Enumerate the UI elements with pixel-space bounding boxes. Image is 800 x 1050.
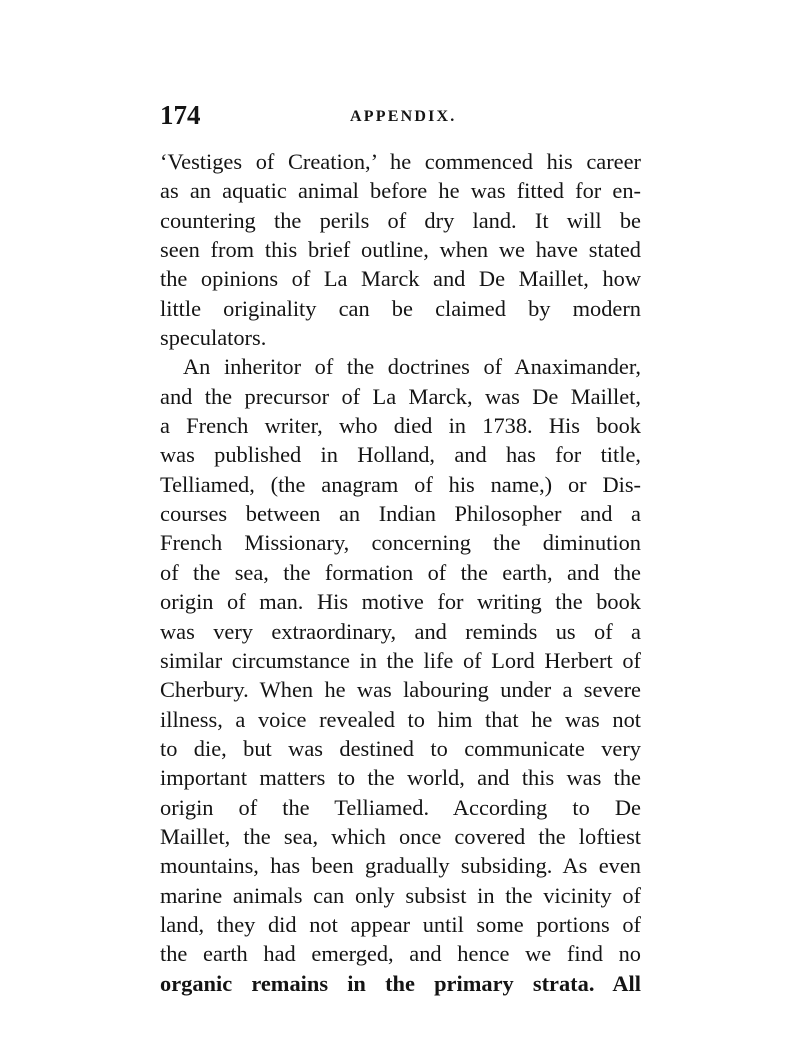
text-line: organic remains in the primary strata. A… — [160, 969, 641, 998]
text-line: the earth had emerged, and hence we find… — [160, 939, 641, 968]
text-line: Cherbury. When he was labouring under a … — [160, 675, 641, 704]
page-number: 174 — [160, 100, 201, 131]
text-line: An inheritor of the doctrines of Anaxima… — [160, 352, 641, 381]
text-line: important matters to the world, and this… — [160, 763, 641, 792]
text-line: was published in Holland, and has for ti… — [160, 440, 641, 469]
text-line: a French writer, who died in 1738. His b… — [160, 411, 641, 440]
text-line: to die, but was destined to communicate … — [160, 734, 641, 763]
text-line: illness, a voice revealed to him that he… — [160, 705, 641, 734]
text-line: speculators. — [160, 323, 641, 352]
text-line: courses between an Indian Philosopher an… — [160, 499, 641, 528]
text-line: origin of the Telliamed. According to De — [160, 793, 641, 822]
text-line: the opinions of La Marck and De Maillet,… — [160, 264, 641, 293]
text-line: countering the perils of dry land. It wi… — [160, 206, 641, 235]
text-line: little originality can be claimed by mod… — [160, 294, 641, 323]
text-line: mountains, has been gradually subsiding.… — [160, 851, 641, 880]
text-line: and the precursor of La Marck, was De Ma… — [160, 382, 641, 411]
page-header: 174 APPENDIX. — [160, 100, 640, 130]
body-text: ‘Vestiges of Creation,’ he commenced his… — [160, 147, 641, 998]
running-head: APPENDIX. — [350, 108, 456, 126]
text-line: of the sea, the formation of the earth, … — [160, 558, 641, 587]
text-line: similar circumstance in the life of Lord… — [160, 646, 641, 675]
text-line: French Missionary, concerning the diminu… — [160, 528, 641, 557]
text-line: was very extraordinary, and reminds us o… — [160, 617, 641, 646]
text-line: ‘Vestiges of Creation,’ he commenced his… — [160, 147, 641, 176]
text-line: land, they did not appear until some por… — [160, 910, 641, 939]
text-line: Telliamed, (the anagram of his name,) or… — [160, 470, 641, 499]
text-line: Maillet, the sea, which once covered the… — [160, 822, 641, 851]
text-line: origin of man. His motive for writing th… — [160, 587, 641, 616]
text-line: marine animals can only subsist in the v… — [160, 881, 641, 910]
text-line: seen from this brief outline, when we ha… — [160, 235, 641, 264]
text-line: as an aquatic animal before he was fitte… — [160, 176, 641, 205]
book-page: 174 APPENDIX. ‘Vestiges of Creation,’ he… — [0, 0, 800, 1050]
